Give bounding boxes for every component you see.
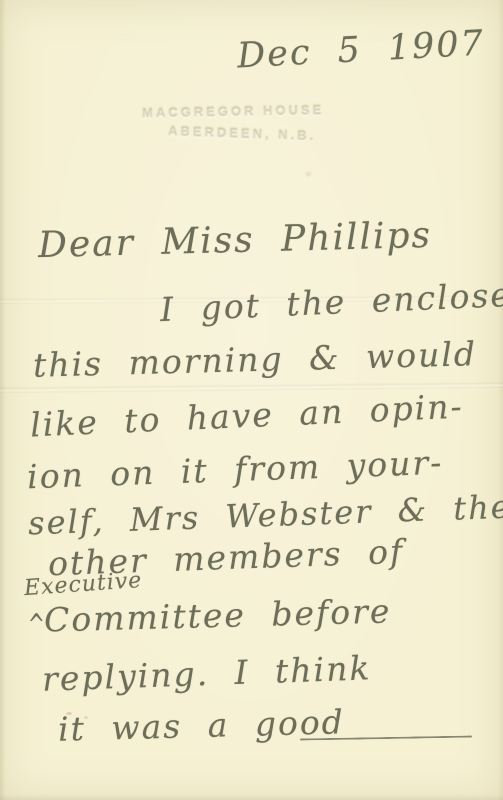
embossed-letterhead-line1: MACGREGOR HOUSE xyxy=(142,102,324,120)
paper-speck xyxy=(66,712,72,715)
body-line: this morning & would xyxy=(33,334,478,385)
paper-speck xyxy=(306,172,311,176)
body-line: it was a good xyxy=(58,702,346,748)
interlinear-insertion-word: Executive xyxy=(23,568,143,601)
body-line: Committee before xyxy=(44,591,392,639)
handwritten-date: Dec 5 1907 xyxy=(236,24,486,77)
body-line: I got the enclosed xyxy=(159,274,503,329)
body-line: self, Mrs Webster & the xyxy=(27,488,503,543)
paper-speck xyxy=(84,716,88,719)
body-line: like to have an opin- xyxy=(29,387,464,445)
embossed-letterhead-line2: ABERDEEN, N.B. xyxy=(168,123,317,143)
letter-page: Dec 5 1907 MACGREGOR HOUSE ABERDEEN, N.B… xyxy=(0,0,503,800)
body-line: ion on it from your- xyxy=(26,443,444,497)
salutation-line: Dear Miss Phillips xyxy=(38,215,433,266)
body-line: replying. I think xyxy=(41,648,372,698)
